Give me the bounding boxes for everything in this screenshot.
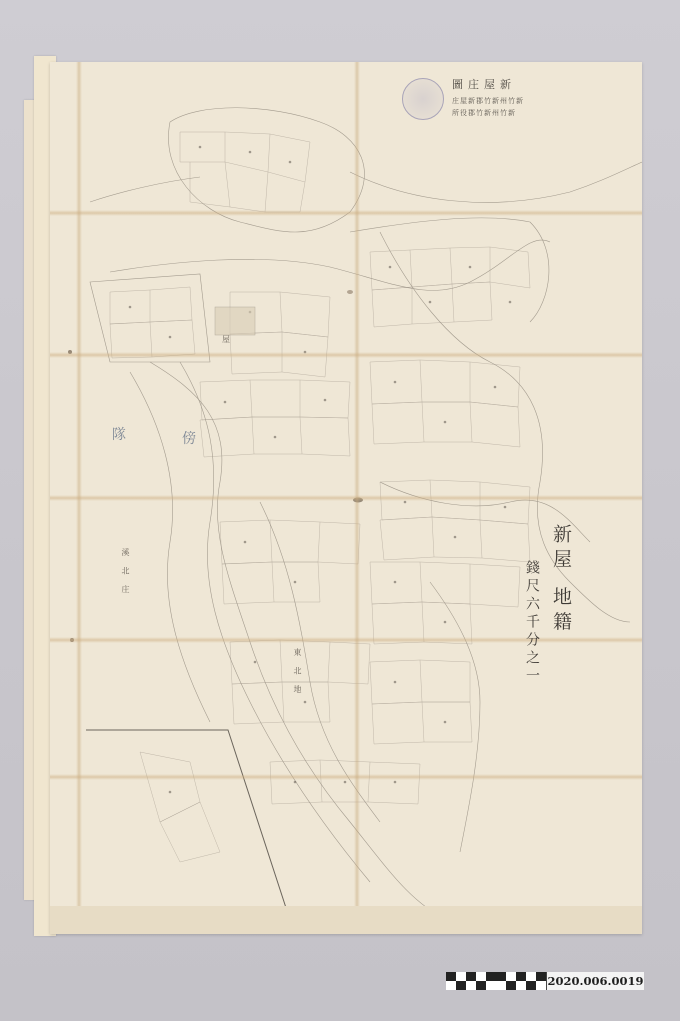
blue-pencil-mark-1: 隊 (112, 424, 129, 444)
map-subtitle-1: 新竹州新竹郡新屋庄 (452, 96, 524, 106)
fold-line-4 (50, 637, 642, 643)
handwritten-note: 錢尺六千分之一 (522, 560, 542, 686)
catalog-number: 2020.006.0019 (546, 972, 644, 990)
map-title: 新屋庄圖 (452, 76, 516, 92)
checker-scale-icon (446, 972, 546, 990)
handwritten-title: 新屋 地籍 (548, 524, 575, 636)
map-sheet (50, 62, 642, 934)
fold-line-vertical-center (354, 62, 360, 934)
color-scale-bar: 2020.006.0019 (446, 972, 644, 990)
fold-line-2 (50, 352, 642, 358)
map-label-center-2: 東 北 地 (292, 648, 303, 697)
map-title-block: 新屋庄圖 新竹州新竹郡新屋庄 新竹州新竹郡役所 (400, 72, 560, 132)
blue-pencil-mark-2: 傍 (182, 428, 199, 448)
fold-line-3 (50, 495, 642, 501)
fold-line-5 (50, 774, 642, 780)
map-subtitle-2: 新竹州新竹郡役所 (452, 108, 516, 118)
map-label-center-1: 屋 (222, 334, 230, 345)
map-label-left-river: 溪 北 庄 (120, 548, 131, 597)
bottom-edge-strip (50, 906, 642, 934)
fold-line-vertical-left (76, 62, 82, 934)
fold-line-1 (50, 210, 642, 216)
seal-stamp-icon (402, 78, 444, 120)
